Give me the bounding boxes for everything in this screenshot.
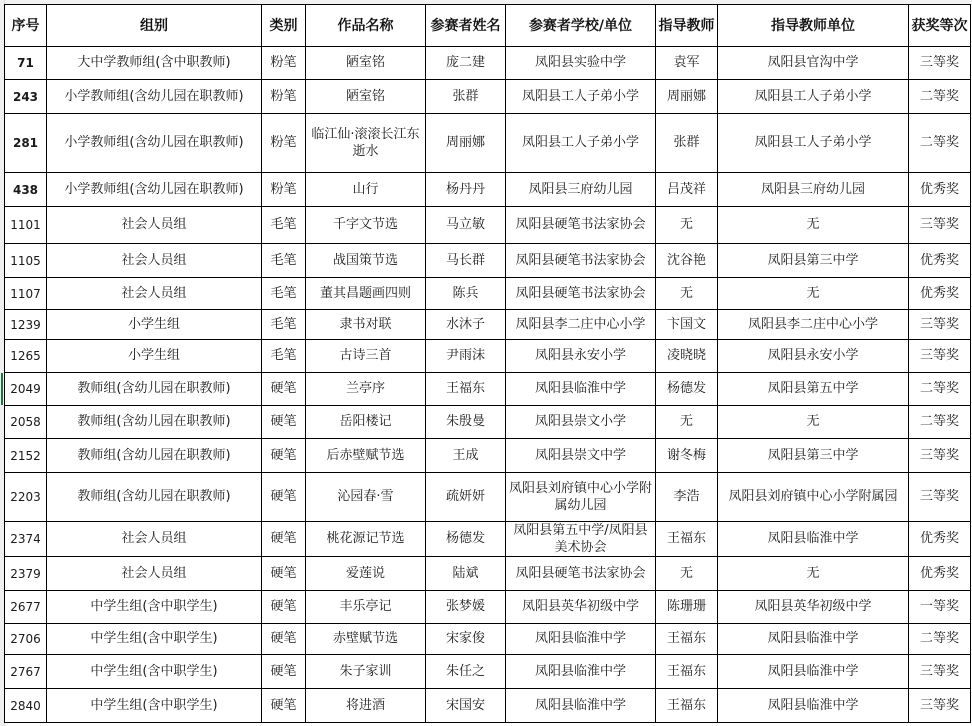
cell-group[interactable]: 小学教师组(含幼儿园在职教师)	[47, 80, 262, 114]
table-row: 2677中学生组(含中职学生)硬笔丰乐亭记张梦媛凤阳县英华初级中学陈珊珊凤阳县英…	[5, 591, 971, 624]
cell-name[interactable]: 宋家俊	[426, 624, 506, 655]
cell-teacher[interactable]: 陈珊珊	[656, 591, 718, 624]
cell-teacher-unit[interactable]: 凤阳县英华初级中学	[718, 591, 909, 624]
cell-category[interactable]: 硬笔	[262, 473, 306, 522]
cell-category[interactable]: 硬笔	[262, 591, 306, 624]
spreadsheet: 序号 组别 类别 作品名称 参赛者姓名 参赛者学校/单位 指导教师 指导教师单位…	[0, 0, 972, 726]
cell-teacher[interactable]: 无	[656, 278, 718, 310]
cell-award[interactable]: 三等奖	[909, 207, 971, 244]
cell-teacher-unit[interactable]: 凤阳县永安小学	[718, 340, 909, 373]
cell-id[interactable]: 2379	[5, 557, 47, 591]
cell-name[interactable]: 王福东	[426, 373, 506, 406]
cell-school[interactable]: 凤阳县三府幼儿园	[506, 173, 656, 207]
cell-id[interactable]: 1265	[5, 340, 47, 373]
cell-title[interactable]: 兰亭序	[306, 373, 426, 406]
cell-teacher[interactable]: 张群	[656, 114, 718, 173]
cell-name[interactable]: 庞二建	[426, 47, 506, 80]
cell-name[interactable]: 王成	[426, 439, 506, 473]
cell-title[interactable]: 后赤壁赋节选	[306, 439, 426, 473]
cell-category[interactable]: 毛笔	[262, 310, 306, 340]
cell-teacher-unit[interactable]: 无	[718, 557, 909, 591]
cell-award[interactable]: 三等奖	[909, 310, 971, 340]
cell-teacher-unit[interactable]: 凤阳县官沟中学	[718, 47, 909, 80]
header-name[interactable]: 参赛者姓名	[426, 5, 506, 47]
cell-title[interactable]: 沁园春·雪	[306, 473, 426, 522]
cell-teacher[interactable]: 袁军	[656, 47, 718, 80]
cell-teacher[interactable]: 卞国文	[656, 310, 718, 340]
cell-name[interactable]: 陆斌	[426, 557, 506, 591]
cell-name[interactable]: 周丽娜	[426, 114, 506, 173]
cell-group[interactable]: 社会人员组	[47, 557, 262, 591]
cell-group[interactable]: 中学生组(含中职学生)	[47, 624, 262, 655]
cell-id[interactable]: 2677	[5, 591, 47, 624]
table-row: 2379社会人员组硬笔爱莲说陆斌凤阳县硬笔书法家协会无无优秀奖	[5, 557, 971, 591]
table-row: 2203教师组(含幼儿园在职教师)硬笔沁园春·雪疏妍妍凤阳县刘府镇中心小学附属幼…	[5, 473, 971, 522]
header-row: 序号 组别 类别 作品名称 参赛者姓名 参赛者学校/单位 指导教师 指导教师单位…	[5, 5, 971, 47]
cell-teacher-unit[interactable]: 凤阳县临淮中学	[718, 655, 909, 689]
cell-title[interactable]: 爱莲说	[306, 557, 426, 591]
cell-award[interactable]: 三等奖	[909, 689, 971, 723]
cell-name[interactable]: 杨德发	[426, 522, 506, 557]
cell-group[interactable]: 社会人员组	[47, 244, 262, 278]
header-school[interactable]: 参赛者学校/单位	[506, 5, 656, 47]
cell-teacher-unit[interactable]: 凤阳县工人子弟小学	[718, 114, 909, 173]
cell-group[interactable]: 小学教师组(含幼儿园在职教师)	[47, 114, 262, 173]
table-row: 243小学教师组(含幼儿园在职教师)粉笔陋室铭张群凤阳县工人子弟小学周丽娜凤阳县…	[5, 80, 971, 114]
cell-group[interactable]: 社会人员组	[47, 207, 262, 244]
header-award[interactable]: 获奖等次	[909, 5, 971, 47]
cell-school[interactable]: 凤阳县李二庄中心小学	[506, 310, 656, 340]
cell-group[interactable]: 教师组(含幼儿园在职教师)	[47, 473, 262, 522]
cell-id[interactable]: 2203	[5, 473, 47, 522]
cell-id[interactable]: 71	[5, 47, 47, 80]
cell-category[interactable]: 毛笔	[262, 207, 306, 244]
cell-teacher-unit[interactable]: 凤阳县第三中学	[718, 439, 909, 473]
cell-name[interactable]: 马立敏	[426, 207, 506, 244]
table-row: 1101社会人员组毛笔千字文节选马立敏凤阳县硬笔书法家协会无无三等奖	[5, 207, 971, 244]
cell-award[interactable]: 三等奖	[909, 340, 971, 373]
cell-teacher[interactable]: 凌晓晓	[656, 340, 718, 373]
cell-school[interactable]: 凤阳县崇文中学	[506, 439, 656, 473]
cell-group[interactable]: 小学生组	[47, 340, 262, 373]
cell-teacher-unit[interactable]: 凤阳县临淮中学	[718, 624, 909, 655]
table-row: 281小学教师组(含幼儿园在职教师)粉笔临江仙·滚滚长江东逝水周丽娜凤阳县工人子…	[5, 114, 971, 173]
cell-group[interactable]: 中学生组(含中职学生)	[47, 655, 262, 689]
cell-teacher[interactable]: 无	[656, 207, 718, 244]
cell-award[interactable]: 三等奖	[909, 439, 971, 473]
cell-teacher[interactable]: 无	[656, 406, 718, 439]
cell-name[interactable]: 马长群	[426, 244, 506, 278]
cell-school[interactable]: 凤阳县第五中学/凤阳县美术协会	[506, 522, 656, 557]
table-row: 2840中学生组(含中职学生)硬笔将进酒宋国安凤阳县临淮中学王福东凤阳县临淮中学…	[5, 689, 971, 723]
cell-teacher-unit[interactable]: 凤阳县李二庄中心小学	[718, 310, 909, 340]
cell-id[interactable]: 1239	[5, 310, 47, 340]
cell-title[interactable]: 陋室铭	[306, 80, 426, 114]
cell-school[interactable]: 凤阳县硬笔书法家协会	[506, 244, 656, 278]
cell-award[interactable]: 优秀奖	[909, 244, 971, 278]
cell-id[interactable]: 2374	[5, 522, 47, 557]
header-id[interactable]: 序号	[5, 5, 47, 47]
cell-award[interactable]: 优秀奖	[909, 173, 971, 207]
table-row: 438小学教师组(含幼儿园在职教师)粉笔山行杨丹丹凤阳县三府幼儿园吕茂祥凤阳县三…	[5, 173, 971, 207]
header-teacher[interactable]: 指导教师	[656, 5, 718, 47]
cell-award[interactable]: 一等奖	[909, 591, 971, 624]
cell-category[interactable]: 粉笔	[262, 173, 306, 207]
cell-teacher-unit[interactable]: 凤阳县第三中学	[718, 244, 909, 278]
cell-category[interactable]: 毛笔	[262, 278, 306, 310]
cell-name[interactable]: 宋国安	[426, 689, 506, 723]
cell-teacher[interactable]: 沈谷艳	[656, 244, 718, 278]
cell-id[interactable]: 243	[5, 80, 47, 114]
cell-school[interactable]: 凤阳县永安小学	[506, 340, 656, 373]
cell-school[interactable]: 凤阳县英华初级中学	[506, 591, 656, 624]
table-row: 1105社会人员组毛笔战国策节选马长群凤阳县硬笔书法家协会沈谷艳凤阳县第三中学优…	[5, 244, 971, 278]
cell-teacher-unit[interactable]: 凤阳县刘府镇中心小学附属园	[718, 473, 909, 522]
cell-school[interactable]: 凤阳县崇文小学	[506, 406, 656, 439]
cell-title[interactable]: 千字文节选	[306, 207, 426, 244]
cell-id[interactable]: 438	[5, 173, 47, 207]
table-row: 2049教师组(含幼儿园在职教师)硬笔兰亭序王福东凤阳县临淮中学杨德发凤阳县第五…	[5, 373, 971, 406]
cell-school[interactable]: 凤阳县实验中学	[506, 47, 656, 80]
table-row: 1239小学生组毛笔隶书对联水沐子凤阳县李二庄中心小学卞国文凤阳县李二庄中心小学…	[5, 310, 971, 340]
cell-title[interactable]: 赤壁赋节选	[306, 624, 426, 655]
cell-title[interactable]: 古诗三首	[306, 340, 426, 373]
cell-title[interactable]: 隶书对联	[306, 310, 426, 340]
cell-award[interactable]: 三等奖	[909, 655, 971, 689]
cell-category[interactable]: 硬笔	[262, 522, 306, 557]
cell-category[interactable]: 硬笔	[262, 689, 306, 723]
cell-group[interactable]: 中学生组(含中职学生)	[47, 689, 262, 723]
cell-title[interactable]: 将进酒	[306, 689, 426, 723]
header-title[interactable]: 作品名称	[306, 5, 426, 47]
table-row: 1265小学生组毛笔古诗三首尹雨沫凤阳县永安小学凌晓晓凤阳县永安小学三等奖	[5, 340, 971, 373]
cell-school[interactable]: 凤阳县临淮中学	[506, 624, 656, 655]
cell-category[interactable]: 毛笔	[262, 244, 306, 278]
cell-id[interactable]: 2840	[5, 689, 47, 723]
cell-name[interactable]: 尹雨沫	[426, 340, 506, 373]
cell-id[interactable]: 1101	[5, 207, 47, 244]
cell-name[interactable]: 陈兵	[426, 278, 506, 310]
cell-id[interactable]: 2706	[5, 624, 47, 655]
cell-title[interactable]: 陋室铭	[306, 47, 426, 80]
cell-name[interactable]: 疏妍妍	[426, 473, 506, 522]
cell-category[interactable]: 毛笔	[262, 340, 306, 373]
cell-teacher[interactable]: 吕茂祥	[656, 173, 718, 207]
cell-title[interactable]: 临江仙·滚滚长江东逝水	[306, 114, 426, 173]
cell-title[interactable]: 朱子家训	[306, 655, 426, 689]
cell-group[interactable]: 教师组(含幼儿园在职教师)	[47, 439, 262, 473]
cell-category[interactable]: 硬笔	[262, 557, 306, 591]
cell-school[interactable]: 凤阳县刘府镇中心小学附属幼儿园	[506, 473, 656, 522]
cell-teacher-unit[interactable]: 凤阳县工人子弟小学	[718, 80, 909, 114]
cell-category[interactable]: 硬笔	[262, 439, 306, 473]
cell-category[interactable]: 硬笔	[262, 655, 306, 689]
cell-id[interactable]: 2767	[5, 655, 47, 689]
cell-group[interactable]: 中学生组(含中职学生)	[47, 591, 262, 624]
cell-teacher[interactable]: 杨德发	[656, 373, 718, 406]
cell-school[interactable]: 凤阳县工人子弟小学	[506, 80, 656, 114]
cell-teacher[interactable]: 李浩	[656, 473, 718, 522]
cell-teacher[interactable]: 王福东	[656, 655, 718, 689]
cell-name[interactable]: 张群	[426, 80, 506, 114]
cell-group[interactable]: 大中学教师组(含中职教师)	[47, 47, 262, 80]
cell-category[interactable]: 粉笔	[262, 114, 306, 173]
cell-teacher-unit[interactable]: 凤阳县三府幼儿园	[718, 173, 909, 207]
cell-teacher-unit[interactable]: 凤阳县临淮中学	[718, 689, 909, 723]
table-row: 2767中学生组(含中职学生)硬笔朱子家训朱任之凤阳县临淮中学王福东凤阳县临淮中…	[5, 655, 971, 689]
cell-group[interactable]: 小学生组	[47, 310, 262, 340]
cell-teacher[interactable]: 王福东	[656, 522, 718, 557]
cell-title[interactable]: 岳阳楼记	[306, 406, 426, 439]
cell-group[interactable]: 教师组(含幼儿园在职教师)	[47, 406, 262, 439]
table-row: 1107社会人员组毛笔董其昌题画四则陈兵凤阳县硬笔书法家协会无无优秀奖	[5, 278, 971, 310]
table-row: 71大中学教师组(含中职教师)粉笔陋室铭庞二建凤阳县实验中学袁军凤阳县官沟中学三…	[5, 47, 971, 80]
cell-name[interactable]: 水沐子	[426, 310, 506, 340]
cell-group[interactable]: 教师组(含幼儿园在职教师)	[47, 373, 262, 406]
table-row: 2058教师组(含幼儿园在职教师)硬笔岳阳楼记朱殷曼凤阳县崇文小学无无二等奖	[5, 406, 971, 439]
cell-award[interactable]: 二等奖	[909, 80, 971, 114]
cell-award[interactable]: 二等奖	[909, 624, 971, 655]
cell-award[interactable]: 二等奖	[909, 373, 971, 406]
cell-title[interactable]: 董其昌题画四则	[306, 278, 426, 310]
cell-school[interactable]: 凤阳县临淮中学	[506, 689, 656, 723]
cell-teacher[interactable]: 王福东	[656, 689, 718, 723]
cell-category[interactable]: 粉笔	[262, 47, 306, 80]
cell-title[interactable]: 战国策节选	[306, 244, 426, 278]
cell-id[interactable]: 2058	[5, 406, 47, 439]
table-row: 2706中学生组(含中职学生)硬笔赤壁赋节选宋家俊凤阳县临淮中学王福东凤阳县临淮…	[5, 624, 971, 655]
cell-teacher-unit[interactable]: 无	[718, 406, 909, 439]
cell-title[interactable]: 桃花源记节选	[306, 522, 426, 557]
cell-name[interactable]: 张梦媛	[426, 591, 506, 624]
cell-group[interactable]: 小学教师组(含幼儿园在职教师)	[47, 173, 262, 207]
cell-teacher-unit[interactable]: 无	[718, 207, 909, 244]
cell-school[interactable]: 凤阳县硬笔书法家协会	[506, 207, 656, 244]
selected-row-marker	[1, 373, 3, 405]
cell-title[interactable]: 山行	[306, 173, 426, 207]
cell-teacher[interactable]: 周丽娜	[656, 80, 718, 114]
cell-teacher[interactable]: 王福东	[656, 624, 718, 655]
table-row: 2152教师组(含幼儿园在职教师)硬笔后赤壁赋节选王成凤阳县崇文中学谢冬梅凤阳县…	[5, 439, 971, 473]
cell-category[interactable]: 硬笔	[262, 624, 306, 655]
cell-teacher-unit[interactable]: 凤阳县第五中学	[718, 373, 909, 406]
cell-id[interactable]: 1105	[5, 244, 47, 278]
cell-id[interactable]: 1107	[5, 278, 47, 310]
cell-category[interactable]: 硬笔	[262, 373, 306, 406]
header-group[interactable]: 组别	[47, 5, 262, 47]
header-teacher-unit[interactable]: 指导教师单位	[718, 5, 909, 47]
cell-category[interactable]: 粉笔	[262, 80, 306, 114]
cell-award[interactable]: 三等奖	[909, 47, 971, 80]
cell-teacher[interactable]: 无	[656, 557, 718, 591]
cell-teacher-unit[interactable]: 无	[718, 278, 909, 310]
cell-id[interactable]: 2152	[5, 439, 47, 473]
cell-group[interactable]: 社会人员组	[47, 522, 262, 557]
cell-school[interactable]: 凤阳县临淮中学	[506, 373, 656, 406]
cell-group[interactable]: 社会人员组	[47, 278, 262, 310]
header-category[interactable]: 类别	[262, 5, 306, 47]
table-row: 2374社会人员组硬笔桃花源记节选杨德发凤阳县第五中学/凤阳县美术协会王福东凤阳…	[5, 522, 971, 557]
cell-award[interactable]: 优秀奖	[909, 522, 971, 557]
cell-award[interactable]: 优秀奖	[909, 557, 971, 591]
cell-award[interactable]: 三等奖	[909, 473, 971, 522]
cell-title[interactable]: 丰乐亭记	[306, 591, 426, 624]
cell-teacher-unit[interactable]: 凤阳县临淮中学	[718, 522, 909, 557]
cell-name[interactable]: 杨丹丹	[426, 173, 506, 207]
cell-award[interactable]: 二等奖	[909, 114, 971, 173]
cell-category[interactable]: 硬笔	[262, 406, 306, 439]
awards-table: 序号 组别 类别 作品名称 参赛者姓名 参赛者学校/单位 指导教师 指导教师单位…	[4, 4, 971, 723]
cell-award[interactable]: 优秀奖	[909, 278, 971, 310]
cell-award[interactable]: 二等奖	[909, 406, 971, 439]
cell-teacher[interactable]: 谢冬梅	[656, 439, 718, 473]
cell-name[interactable]: 朱任之	[426, 655, 506, 689]
cell-school[interactable]: 凤阳县临淮中学	[506, 655, 656, 689]
cell-school[interactable]: 凤阳县硬笔书法家协会	[506, 557, 656, 591]
cell-name[interactable]: 朱殷曼	[426, 406, 506, 439]
cell-id[interactable]: 2049	[5, 373, 47, 406]
cell-id[interactable]: 281	[5, 114, 47, 173]
cell-school[interactable]: 凤阳县硬笔书法家协会	[506, 278, 656, 310]
cell-school[interactable]: 凤阳县工人子弟小学	[506, 114, 656, 173]
